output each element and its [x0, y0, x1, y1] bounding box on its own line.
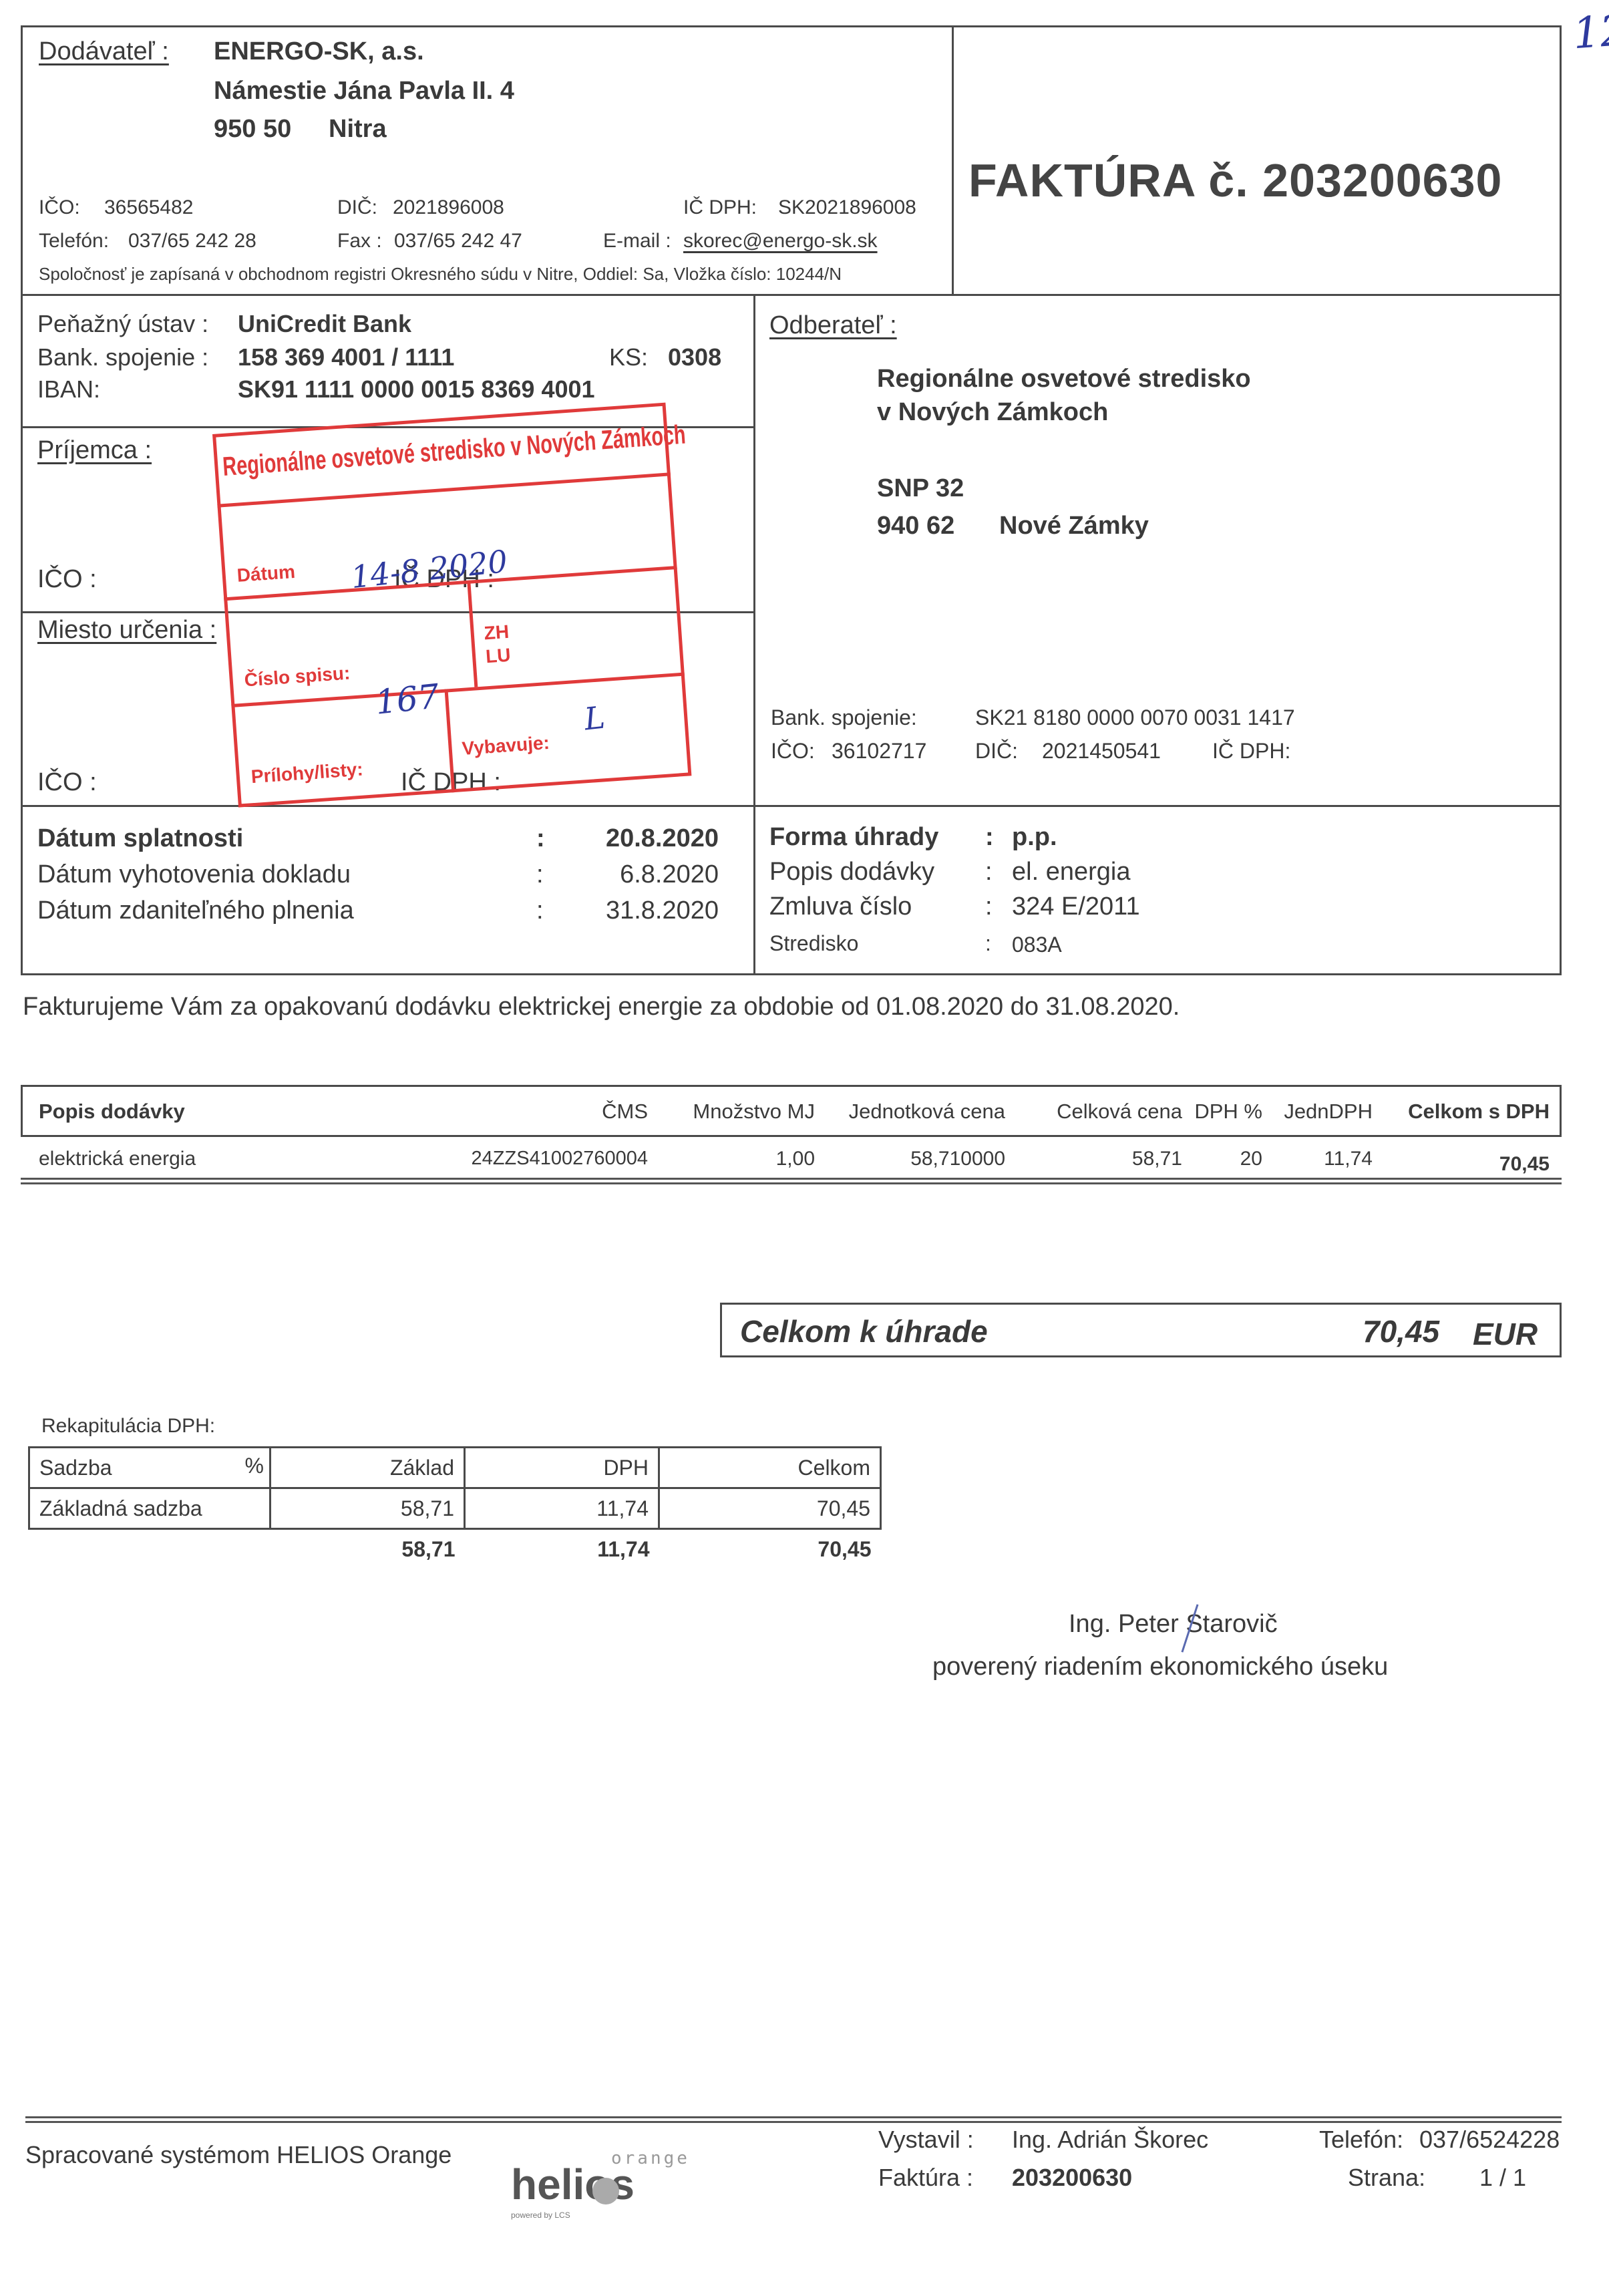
payment-method: p.p. — [1012, 824, 1057, 850]
footer-phone-label: Telefón: — [1319, 2128, 1403, 2152]
supplier-email-link[interactable]: skorec@energo-sk.sk — [683, 231, 878, 251]
customer-city: Nové Zámky — [999, 513, 1149, 538]
supplier-dic: 2021896008 — [393, 198, 504, 218]
total-due-amount: 70,45 — [1363, 1316, 1439, 1347]
footer-phone: 037/6524228 — [1419, 2128, 1560, 2152]
recipient-label: Príjemca : — [37, 438, 152, 463]
footer-invoice-label: Faktúra : — [878, 2166, 973, 2190]
cost-center-sep: : — [985, 933, 991, 954]
supplier-icdph: SK2021896008 — [778, 198, 916, 218]
customer-icdph-label: IČ DPH: — [1212, 740, 1290, 762]
bank-iban: SK91 1111 0000 0015 8369 4001 — [238, 377, 595, 401]
stamp-handler-handwriting: L — [582, 699, 606, 737]
supplier-registry-note: Spoločnosť je zapísaná v obchodnom regis… — [39, 265, 842, 283]
destination-ico-label: IČO : — [37, 770, 97, 795]
due-date-sep: : — [536, 826, 545, 851]
received-stamp: Regionálne osvetové stredisko v Nových Z… — [212, 401, 704, 794]
total-due-label: Celkom k úhrade — [740, 1316, 988, 1347]
taxable-date-label: Dátum zdaniteľného plnenia — [37, 898, 354, 923]
item-unit-price: 58,710000 — [828, 1149, 1005, 1169]
signatory-role: poverený riadením ekonomického úseku — [932, 1654, 1388, 1679]
issue-date: 6.8.2020 — [568, 862, 719, 887]
stamp-lu: LU — [485, 645, 511, 668]
issue-date-label: Dátum vyhotovenia dokladu — [37, 862, 351, 887]
customer-ico-label: IČO: — [771, 740, 815, 762]
customer-dic-label: DIČ: — [975, 740, 1018, 762]
vat-recap-header-percent: % — [245, 1454, 264, 1478]
supplier-fax: 037/65 242 47 — [394, 231, 522, 251]
vat-recap-sum-total: 70,45 — [659, 1529, 881, 1569]
vat-recap-base: 58,71 — [271, 1488, 465, 1529]
supplier-name: ENERGO-SK, a.s. — [214, 39, 424, 64]
delivery-desc-label: Popis dodávky — [769, 859, 934, 884]
total-due-currency: EUR — [1473, 1319, 1538, 1349]
issue-date-sep: : — [536, 862, 544, 887]
vat-recap-title: Rekapitulácia DPH: — [41, 1416, 215, 1436]
footer-page: 1 / 1 — [1479, 2166, 1526, 2190]
items-header-unit-vat: JednDPH — [1266, 1101, 1373, 1122]
supplier-label: Dodávateľ : — [39, 39, 169, 64]
invoice-intro-text: Fakturujeme Vám za opakovanú dodávku ele… — [23, 994, 1180, 1019]
cost-center: 083A — [1012, 934, 1062, 955]
footer-issued-by: Ing. Adrián Škorec — [1012, 2128, 1208, 2152]
header-divider — [952, 25, 954, 296]
bank-institution: UniCredit Bank — [238, 312, 411, 336]
supplier-email-label: E-mail : — [603, 231, 671, 251]
payment-method-sep: : — [985, 824, 994, 850]
item-vat-percent: 20 — [1189, 1149, 1262, 1169]
item-total-with-vat: 70,45 — [1383, 1154, 1550, 1174]
cost-center-label: Stredisko — [769, 933, 858, 954]
item-quantity: 1,00 — [665, 1149, 815, 1169]
footer-invoice-number: 203200630 — [1012, 2166, 1132, 2190]
vat-recap-vat: 11,74 — [465, 1488, 659, 1529]
bank-ks-label: KS: — [609, 345, 648, 369]
taxable-date: 31.8.2020 — [568, 898, 719, 923]
items-header-quantity: Množstvo MJ — [665, 1101, 815, 1122]
customer-dic: 2021450541 — [1042, 740, 1161, 762]
bank-account: 158 369 4001 / 1111 — [238, 345, 454, 369]
contract-label: Zmluva číslo — [769, 894, 912, 919]
supplier-phone: 037/65 242 28 — [128, 231, 256, 251]
supplier-ico-label: IČO: — [39, 198, 80, 218]
supplier-zip: 950 50 — [214, 116, 291, 142]
supplier-city: Nitra — [329, 116, 387, 142]
items-header-unit-price: Jednotková cena — [828, 1101, 1005, 1122]
vat-recap-sum-row: 58,71 11,74 70,45 — [29, 1529, 881, 1569]
item-description: elektrická energia — [39, 1149, 373, 1169]
payment-method-label: Forma úhrady — [769, 824, 938, 850]
items-bottom-double-line — [21, 1178, 1562, 1184]
vat-recap-row: Základná sadzba 58,71 11,74 70,45 — [29, 1488, 881, 1529]
customer-zip: 940 62 — [877, 513, 954, 538]
vat-recap-sum-vat: 11,74 — [465, 1529, 659, 1569]
supplier-street: Námestie Jána Pavla II. 4 — [214, 78, 514, 104]
item-cms: 24ZZS41002760004 — [427, 1149, 648, 1168]
supplier-ico: 36565482 — [104, 198, 193, 218]
items-header-total-price: Celková cena — [1022, 1101, 1182, 1122]
supplier-phone-label: Telefón: — [39, 231, 109, 251]
helios-sun-icon — [592, 2178, 619, 2204]
item-total-price: 58,71 — [1022, 1149, 1182, 1169]
vat-recap-rate: Základná sadzba — [29, 1488, 271, 1529]
invoice-title: FAKTÚRA č. 203200630 — [968, 157, 1502, 204]
supplier-dic-label: DIČ: — [337, 198, 377, 218]
signatory-name: Ing. Peter Starovič — [1069, 1611, 1278, 1637]
supplier-fax-label: Fax : — [337, 231, 382, 251]
contract-number: 324 E/2011 — [1012, 894, 1140, 919]
vat-recap-sum-base: 58,71 — [271, 1529, 465, 1569]
customer-label: Odberateľ : — [769, 313, 897, 338]
delivery-desc: el. energia — [1012, 859, 1130, 884]
vat-recap-header-vat: DPH — [465, 1448, 659, 1488]
recipient-ico-label: IČO : — [37, 566, 97, 592]
bank-institution-label: Peňažný ústav : — [37, 312, 208, 336]
items-header-total-with-vat: Celkom s DPH — [1383, 1101, 1550, 1122]
items-header-cms: ČMS — [427, 1101, 648, 1122]
destination-label: Miesto určenia : — [37, 617, 216, 643]
supplier-icdph-label: IČ DPH: — [683, 198, 757, 218]
bank-iban-label: IBAN: — [37, 377, 100, 401]
item-unit-vat: 11,74 — [1266, 1149, 1373, 1169]
bank-ks: 0308 — [668, 345, 721, 369]
vat-recap-header-rate-label: Sadzba — [39, 1456, 112, 1480]
footer-page-label: Strana: — [1348, 2166, 1425, 2190]
vat-recap-total: 70,45 — [659, 1488, 881, 1529]
bank-account-label: Bank. spojenie : — [37, 345, 208, 369]
customer-name-line1: Regionálne osvetové stredisko — [877, 366, 1251, 391]
customer-ico: 36102717 — [832, 740, 926, 762]
stamp-zh: ZH — [484, 621, 510, 645]
customer-street: SNP 32 — [877, 476, 964, 501]
due-date-label: Dátum splatnosti — [37, 826, 243, 851]
customer-bank: SK21 8180 0000 0070 0031 1417 — [975, 707, 1295, 728]
vat-recap-header-rate: Sadzba % — [29, 1448, 271, 1488]
vat-recap-table: Sadzba % Základ DPH Celkom Základná sadz… — [28, 1446, 882, 1569]
footer-system-note: Spracované systémom HELIOS Orange — [25, 2143, 452, 2167]
parties-divider — [753, 294, 755, 975]
customer-name-line2: v Nových Zámkoch — [877, 399, 1108, 425]
helios-logo-powered: powered by LCS — [511, 2211, 570, 2219]
items-header-vat-percent: DPH % — [1189, 1101, 1262, 1122]
items-header-description: Popis dodávky — [39, 1101, 373, 1122]
due-date: 20.8.2020 — [568, 826, 719, 851]
delivery-desc-sep: : — [985, 859, 993, 884]
footer-double-line — [25, 2116, 1562, 2123]
customer-bank-label: Bank. spojenie: — [771, 707, 917, 728]
taxable-date-sep: : — [536, 898, 544, 923]
stamp-date-label: Dátum — [236, 561, 296, 587]
vat-recap-sum-empty — [29, 1529, 271, 1569]
vat-recap-header-total: Celkom — [659, 1448, 881, 1488]
contract-sep: : — [985, 894, 993, 919]
stamp-file-handwriting: 167 — [373, 677, 441, 722]
footer-issued-by-label: Vystavil : — [878, 2128, 974, 2152]
vat-recap-header-base: Základ — [271, 1448, 465, 1488]
vat-recap-header-row: Sadzba % Základ DPH Celkom — [29, 1448, 881, 1488]
handwritten-page-number: 125 — [1572, 4, 1609, 59]
